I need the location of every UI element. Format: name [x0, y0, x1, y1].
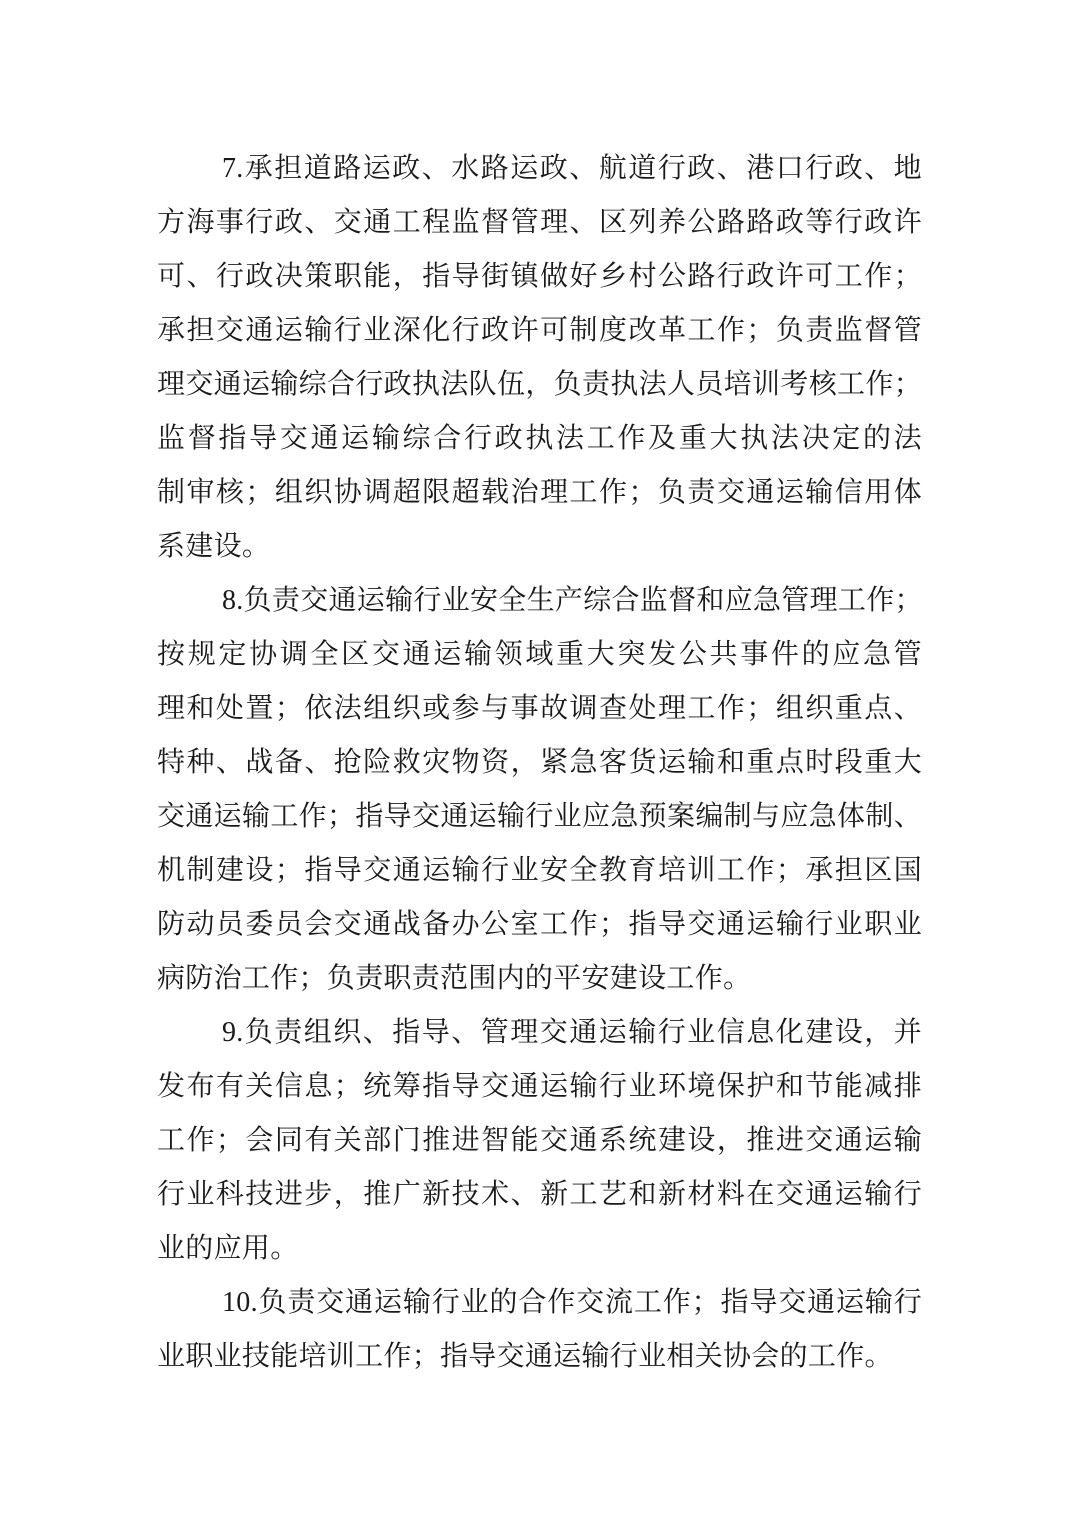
paragraph-8-line-8: 病防治工作；负责职责范围内的平安建设工作。: [157, 952, 922, 1006]
paragraph-7-line-4: 承担交通运输行业深化行政许可制度改革工作；负责监督管: [157, 304, 922, 358]
paragraph-9-line-4: 行业科技进步，推广新技术、新工艺和新材料在交通运输行: [157, 1168, 922, 1222]
paragraph-7-line-5: 理交通运输综合行政执法队伍，负责执法人员培训考核工作；: [157, 358, 922, 412]
paragraph-10-line-2: 业职业技能培训工作；指导交通运输行业相关协会的工作。: [157, 1330, 922, 1384]
paragraph-8-line-6: 机制建设；指导交通运输行业安全教育培训工作；承担区国: [157, 844, 922, 898]
paragraph-9-line-1: 9.负责组织、指导、管理交通运输行业信息化建设，并: [157, 1006, 922, 1060]
paragraph-8-line-3: 理和处置；依法组织或参与事故调查处理工作；组织重点、: [157, 682, 922, 736]
paragraph-8-line-2: 按规定协调全区交通运输领域重大突发公共事件的应急管: [157, 628, 922, 682]
paragraph-7-line-7: 制审核；组织协调超限超载治理工作；负责交通运输信用体: [157, 466, 922, 520]
document-body: 7.承担道路运政、水路运政、航道行政、港口行政、地方海事行政、交通工程监督管理、…: [157, 142, 922, 1384]
paragraph-9-line-5: 业的应用。: [157, 1222, 922, 1276]
paragraph-8-line-4: 特种、战备、抢险救灾物资，紧急客货运输和重点时段重大: [157, 736, 922, 790]
paragraph-7-line-3: 可、行政决策职能，指导街镇做好乡村公路行政许可工作；: [157, 250, 922, 304]
paragraph-7-line-8: 系建设。: [157, 520, 922, 574]
paragraph-9-line-3: 工作；会同有关部门推进智能交通系统建设，推进交通运输: [157, 1114, 922, 1168]
paragraph-8-line-7: 防动员委员会交通战备办公室工作；指导交通运输行业职业: [157, 898, 922, 952]
paragraph-10-line-1: 10.负责交通运输行业的合作交流工作；指导交通运输行: [157, 1276, 922, 1330]
paragraph-8-line-5: 交通运输工作；指导交通运输行业应急预案编制与应急体制、: [157, 790, 922, 844]
paragraph-8-line-1: 8.负责交通运输行业安全生产综合监督和应急管理工作；: [157, 574, 922, 628]
paragraph-7-line-2: 方海事行政、交通工程监督管理、区列养公路路政等行政许: [157, 196, 922, 250]
paragraph-7-line-1: 7.承担道路运政、水路运政、航道行政、港口行政、地: [157, 142, 922, 196]
paragraph-9-line-2: 发布有关信息；统筹指导交通运输行业环境保护和节能减排: [157, 1060, 922, 1114]
paragraph-7-line-6: 监督指导交通运输综合行政执法工作及重大执法决定的法: [157, 412, 922, 466]
document-page: 7.承担道路运政、水路运政、航道行政、港口行政、地方海事行政、交通工程监督管理、…: [0, 0, 1074, 1520]
